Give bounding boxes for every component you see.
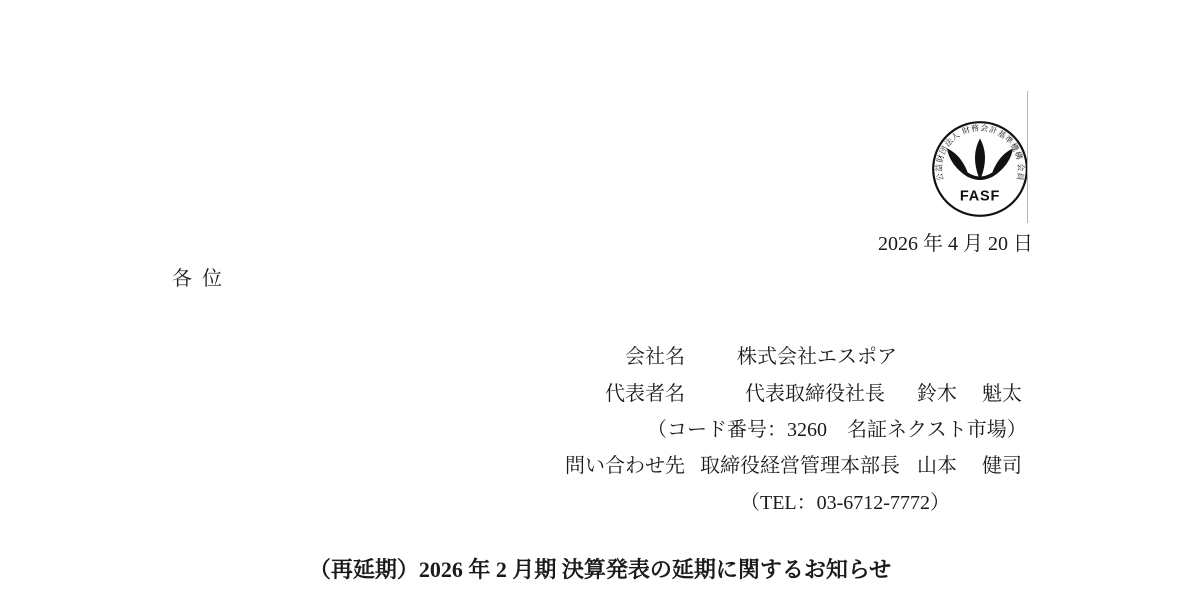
- contact-title: 取締役経営管理本部長: [700, 456, 900, 476]
- representative-title: 代表取締役社長: [745, 384, 885, 404]
- seal-image-right-edge: [1027, 91, 1028, 223]
- company-name-value: 株式会社エスポア: [737, 347, 897, 367]
- contact-row: 問い合わせ先 取締役経営管理本部長 山本 健司: [0, 456, 1200, 482]
- telephone-text: （TEL：03-6712-7772）: [740, 493, 950, 513]
- representative-label: 代表者名: [605, 384, 685, 404]
- disclosure-document-page: 公益財団法人 財務会計基準機構 会員 FASF 2026 年 4 月 20 日 …: [0, 0, 1200, 600]
- company-name-label: 会社名: [625, 347, 685, 367]
- stock-code-row: （コード番号：3260 名証ネクスト市場）: [0, 420, 1200, 446]
- fasf-seal: 公益財団法人 財務会計基準機構 会員 FASF: [930, 119, 1030, 219]
- representative-name: 鈴木 魁太: [917, 384, 1022, 404]
- contact-name: 山本 健司: [917, 456, 1022, 476]
- company-name-row: 会社名 株式会社エスポア: [0, 347, 1200, 373]
- contact-label: 問い合わせ先: [565, 456, 685, 476]
- representative-row: 代表者名 代表取締役社長 鈴木 魁太: [0, 384, 1200, 410]
- salutation-text: 各 位: [172, 269, 222, 289]
- document-title: （再延期）2026 年 2 月期 決算発表の延期に関するお知らせ: [0, 559, 1200, 581]
- fasf-seal-icon: 公益財団法人 財務会計基準機構 会員 FASF: [930, 119, 1030, 219]
- telephone-row: （TEL：03-6712-7772）: [0, 493, 1200, 519]
- stock-code-text: （コード番号：3260 名証ネクスト市場）: [647, 420, 1027, 440]
- seal-acronym-text: FASF: [960, 189, 1000, 205]
- release-date: 2026 年 4 月 20 日: [878, 234, 1033, 254]
